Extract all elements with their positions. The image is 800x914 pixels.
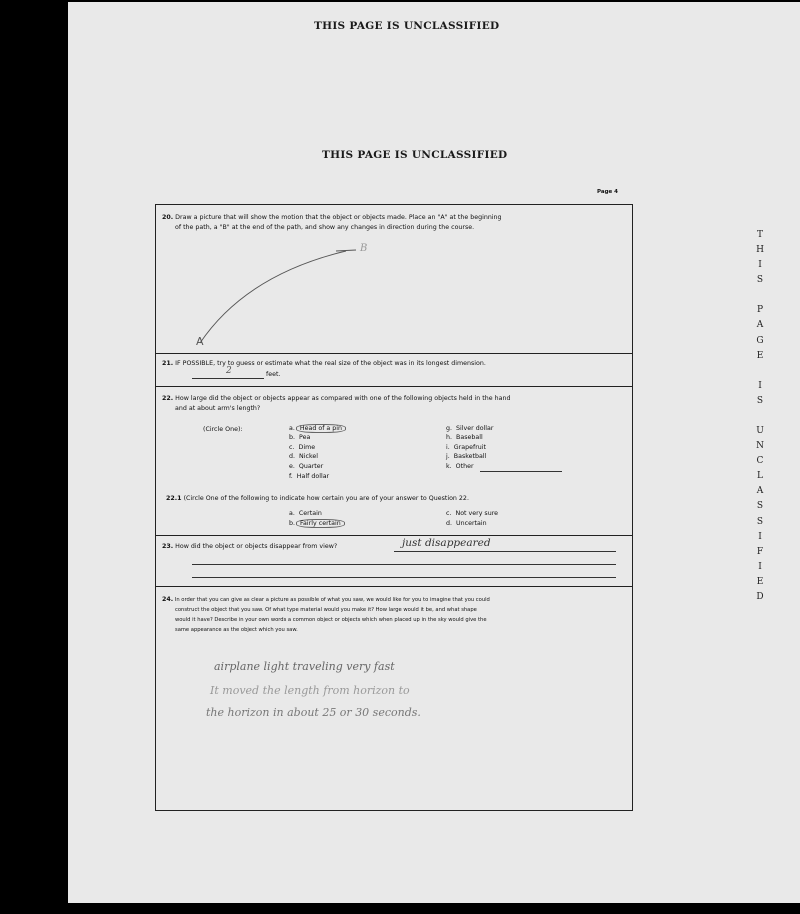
stamp-letter: E	[754, 575, 766, 590]
answer-line-2	[192, 564, 616, 565]
question-text-line-3: would it have? Describe in your own word…	[175, 615, 487, 625]
drawing-label-end: B	[360, 243, 367, 254]
drawing-label-start: A	[196, 335, 204, 348]
question-text-line-2: construct the object that you saw. Of wh…	[175, 605, 477, 615]
stamp-letter: S	[754, 499, 766, 514]
certainty-option-d[interactable]: d. Uncertain	[446, 520, 487, 527]
stamp-letter: E	[754, 349, 766, 364]
question-20: 20. Draw a picture that will show the mo…	[156, 205, 632, 354]
certainty-option-c[interactable]: c. Not very sure	[446, 510, 498, 517]
question-text: How large did the object or objects appe…	[175, 395, 510, 402]
certainty-option-b[interactable]: b. Fairly certain	[289, 520, 345, 527]
question-text: (Circle One of the following to indicate…	[184, 495, 469, 502]
stamp-letter	[754, 288, 766, 303]
description-answer-line-2[interactable]: It moved the length from horizon to	[210, 684, 410, 697]
question-text: IF POSSIBLE, try to guess or estimate wh…	[175, 360, 486, 367]
size-option-g[interactable]: g. Silver dollar	[446, 425, 494, 432]
size-answer-line	[192, 378, 264, 379]
stamp-letter: I	[754, 560, 766, 575]
classification-stamp-middle: THIS PAGE IS UNCLASSIFIED	[322, 149, 507, 161]
size-answer[interactable]: 2	[226, 366, 232, 376]
stamp-letter: T	[754, 228, 766, 243]
size-option-d[interactable]: d. Nickel	[289, 453, 318, 460]
stamp-letter: I	[754, 379, 766, 394]
question-23: 23. How did the object or objects disapp…	[156, 535, 632, 587]
question-number: 24.	[162, 596, 173, 603]
size-option-i[interactable]: i. Grapefruit	[446, 444, 486, 451]
stamp-letter: C	[754, 454, 766, 469]
size-option-j[interactable]: j. Basketball	[446, 453, 486, 460]
size-option-b[interactable]: b. Pea	[289, 434, 310, 441]
classification-stamp-vertical: THISPAGEISUNCLASSIFIED	[754, 228, 766, 605]
size-unit: feet.	[266, 370, 280, 380]
question-number: 22.1	[166, 495, 182, 502]
scan-border-bottom	[0, 903, 800, 914]
motion-path-drawing	[156, 205, 632, 353]
stamp-letter: D	[754, 590, 766, 605]
page-number: Page 4	[597, 189, 618, 195]
question-21: 21. IF POSSIBLE, try to guess or estimat…	[156, 353, 632, 387]
stamp-letter: P	[754, 303, 766, 318]
stamp-letter: S	[754, 515, 766, 530]
question-text-continued: and at about arm's length?	[175, 404, 260, 414]
question-text-line-4: same appearance as the object which you …	[175, 625, 298, 635]
question-number: 21.	[162, 360, 173, 367]
certainty-option-a[interactable]: a. Certain	[289, 510, 322, 517]
size-option-k[interactable]: k. Other	[446, 463, 474, 470]
stamp-letter: L	[754, 469, 766, 484]
circle-one-instruction: (Circle One):	[203, 425, 243, 435]
stamp-letter: A	[754, 318, 766, 333]
stamp-letter: I	[754, 530, 766, 545]
answer-line-3	[192, 577, 616, 578]
stamp-letter: S	[754, 394, 766, 409]
stamp-letter: A	[754, 484, 766, 499]
scanned-page: THIS PAGE IS UNCLASSIFIED THIS PAGE IS U…	[68, 2, 800, 903]
size-option-h[interactable]: h. Baseball	[446, 434, 483, 441]
question-number: 22.	[162, 395, 173, 402]
question-24: 24. In order that you can give as clear …	[156, 586, 632, 810]
size-option-e[interactable]: e. Quarter	[289, 463, 323, 470]
classification-stamp-top: THIS PAGE IS UNCLASSIFIED	[314, 20, 499, 32]
size-option-c[interactable]: c. Dime	[289, 444, 315, 451]
stamp-letter: U	[754, 424, 766, 439]
questionnaire-form: 20. Draw a picture that will show the mo…	[155, 204, 633, 811]
stamp-letter: N	[754, 439, 766, 454]
other-answer-line[interactable]	[480, 471, 562, 472]
question-text: How did the object or objects disappear …	[175, 543, 337, 550]
question-22: 22. How large did the object or objects …	[156, 386, 632, 536]
question-text-line-1: In order that you can give as clear a pi…	[175, 597, 490, 603]
description-answer-line-1[interactable]: airplane light traveling very fast	[214, 660, 395, 673]
stamp-letter: S	[754, 273, 766, 288]
stamp-letter: I	[754, 258, 766, 273]
description-answer-line-3[interactable]: the horizon in about 25 or 30 seconds.	[206, 706, 421, 719]
size-option-f[interactable]: f. Half dollar	[289, 473, 329, 480]
disappearance-answer[interactable]: just disappeared	[402, 537, 491, 549]
size-option-a[interactable]: a. Head of a pin	[289, 425, 346, 432]
stamp-letter: H	[754, 243, 766, 258]
question-number: 23.	[162, 543, 173, 550]
stamp-letter: G	[754, 334, 766, 349]
stamp-letter	[754, 409, 766, 424]
stamp-letter: F	[754, 545, 766, 560]
stamp-letter	[754, 364, 766, 379]
answer-line-1	[394, 551, 616, 552]
